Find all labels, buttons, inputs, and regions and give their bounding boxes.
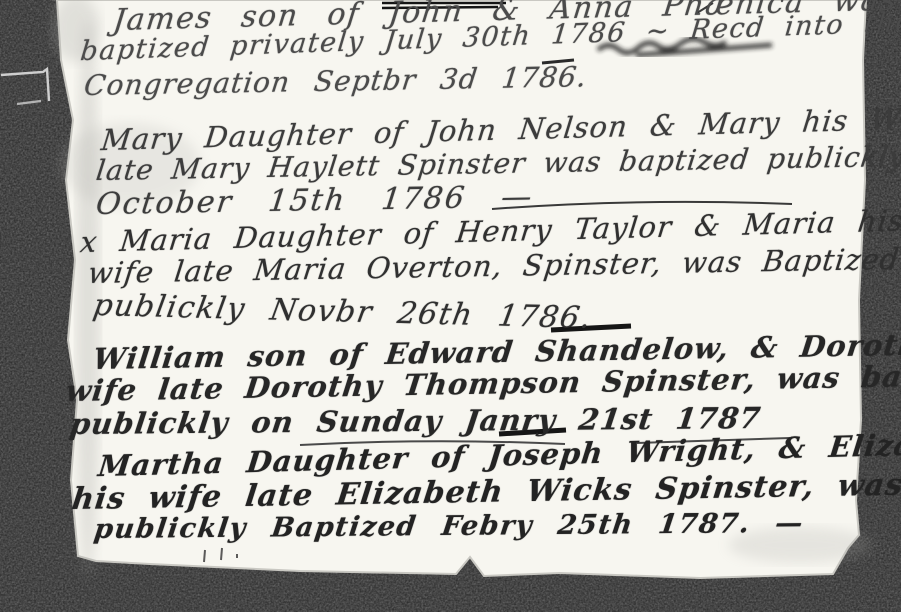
entry-line: publickly Novbr 26th 1786.	[91, 291, 594, 334]
register-page-photo: James son of John & Anna Phænica was bap…	[0, 0, 901, 612]
handwritten-text-layer: James son of John & Anna Phænica was bap…	[0, 0, 901, 612]
entry-line: Congregation Septbr 3d 1786.	[83, 63, 589, 100]
entry-line: publickly Baptized Febry 25th 1787. —	[92, 510, 805, 543]
